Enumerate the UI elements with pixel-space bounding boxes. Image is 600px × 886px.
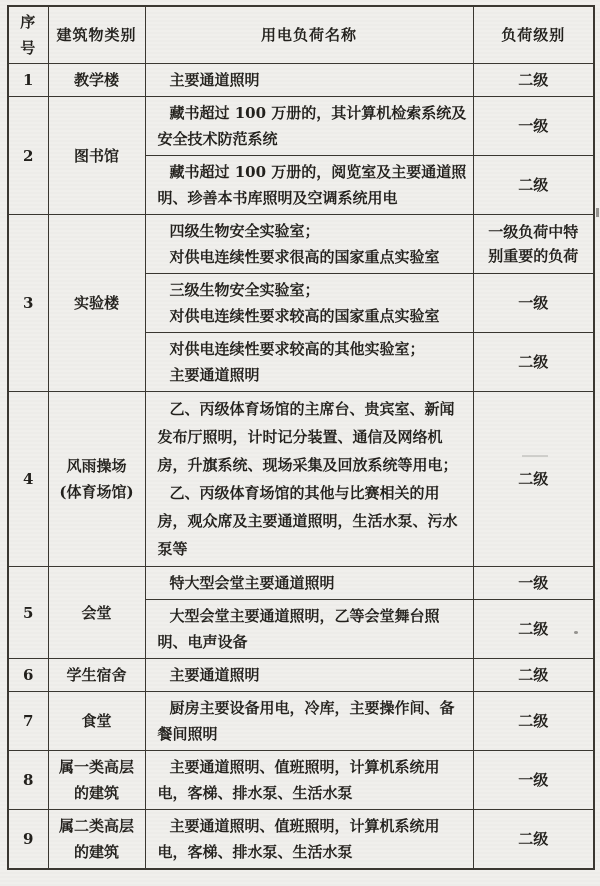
load-name-paragraph: 主要通道照明、值班照明，计算机系统用电，客梯、排水泵、生活水泵	[158, 813, 467, 865]
column-header-load-name: 用电负荷名称	[145, 6, 473, 64]
load-name-cell: 厨房主要设备用电，冷库，主要操作间、备餐间照明	[145, 692, 473, 751]
load-name-paragraph: 主要通道照明、值班照明，计算机系统用电，客梯、排水泵、生活水泵	[158, 754, 467, 806]
load-level-cell: 二级	[473, 600, 594, 659]
column-header-building-category: 建筑物类别	[48, 6, 145, 64]
load-name-cell: 藏书超过 100 万册的，阅览室及主要通道照明、珍善本书库照明及空调系统用电	[145, 156, 473, 215]
table-body: 1教学楼主要通道照明二级2图书馆藏书超过 100 万册的，其计算机检索系统及安全…	[8, 64, 594, 870]
serial-number-cell: 7	[8, 692, 48, 751]
load-name-paragraph: 对供电连续性要求较高的国家重点实验室	[158, 303, 467, 329]
load-name-paragraph: 三级生物安全实验室；	[158, 277, 467, 303]
serial-number-cell: 4	[8, 392, 48, 567]
column-header-load-level: 负荷级别	[473, 6, 594, 64]
load-level-cell: 一级	[473, 751, 594, 810]
load-name-paragraph: 主要通道照明	[158, 362, 467, 388]
load-name-cell: 乙、丙级体育场馆的主席台、贵宾室、新闻发布厅照明，计时记分装置、通信及网络机房，…	[145, 392, 473, 567]
load-level-cell: 二级	[473, 659, 594, 692]
load-level-cell: 二级	[473, 692, 594, 751]
load-name-cell: 主要通道照明、值班照明，计算机系统用电，客梯、排水泵、生活水泵	[145, 751, 473, 810]
table-row: 6学生宿舍主要通道照明二级	[8, 659, 594, 692]
load-name-paragraph: 乙、丙级体育场馆的主席台、贵宾室、新闻发布厅照明，计时记分装置、通信及网络机房，…	[158, 395, 467, 479]
load-name-cell: 四级生物安全实验室；对供电连续性要求很高的国家重点实验室	[145, 215, 473, 274]
table-header-row: 序号 建筑物类别 用电负荷名称 负荷级别	[8, 6, 594, 64]
building-category-cell: 实验楼	[48, 215, 145, 392]
building-category-cell: 教学楼	[48, 64, 145, 97]
load-level-cell: 二级	[473, 810, 594, 870]
serial-number-cell: 2	[8, 97, 48, 215]
serial-number-cell: 6	[8, 659, 48, 692]
load-name-paragraph: 主要通道照明	[158, 67, 467, 93]
serial-number-cell: 5	[8, 567, 48, 659]
building-category-cell: 属二类高层的建筑	[48, 810, 145, 870]
load-name-paragraph: 藏书超过 100 万册的，阅览室及主要通道照明、珍善本书库照明及空调系统用电	[158, 159, 467, 211]
electrical-load-classification-table: 序号 建筑物类别 用电负荷名称 负荷级别 1教学楼主要通道照明二级2图书馆藏书超…	[7, 5, 595, 870]
building-category-cell: 学生宿舍	[48, 659, 145, 692]
scanned-document-page: 序号 建筑物类别 用电负荷名称 负荷级别 1教学楼主要通道照明二级2图书馆藏书超…	[0, 0, 600, 875]
serial-number-cell: 3	[8, 215, 48, 392]
load-level-cell: 二级	[473, 333, 594, 392]
load-name-paragraph: 主要通道照明	[158, 662, 467, 688]
load-level-cell: 一级	[473, 97, 594, 156]
load-name-paragraph: 大型会堂主要通道照明，乙等会堂舞台照明、电声设备	[158, 603, 467, 655]
scan-artifact	[596, 208, 599, 217]
table-row: 4风雨操场(体育场馆)乙、丙级体育场馆的主席台、贵宾室、新闻发布厅照明，计时记分…	[8, 392, 594, 567]
serial-number-cell: 1	[8, 64, 48, 97]
load-name-cell: 主要通道照明	[145, 659, 473, 692]
table-row: 8属一类高层的建筑主要通道照明、值班照明，计算机系统用电，客梯、排水泵、生活水泵…	[8, 751, 594, 810]
building-category-cell: 食堂	[48, 692, 145, 751]
load-name-cell: 三级生物安全实验室；对供电连续性要求较高的国家重点实验室	[145, 274, 473, 333]
load-name-cell: 主要通道照明、值班照明，计算机系统用电，客梯、排水泵、生活水泵	[145, 810, 473, 870]
load-name-paragraph: 乙、丙级体育场馆的其他与比赛相关的用房，观众席及主要通道照明，生活水泵、污水泵等	[158, 479, 467, 563]
table-row: 1教学楼主要通道照明二级	[8, 64, 594, 97]
table-row: 2图书馆藏书超过 100 万册的，其计算机检索系统及安全技术防范系统一级	[8, 97, 594, 156]
load-name-cell: 对供电连续性要求较高的其他实验室；主要通道照明	[145, 333, 473, 392]
load-level-cell: 一级负荷中特别重要的负荷	[473, 215, 594, 274]
load-name-paragraph: 四级生物安全实验室；	[158, 218, 467, 244]
serial-number-cell: 8	[8, 751, 48, 810]
table-row: 5会堂特大型会堂主要通道照明一级	[8, 567, 594, 600]
load-name-paragraph: 藏书超过 100 万册的，其计算机检索系统及安全技术防范系统	[158, 100, 467, 152]
load-level-cell: 一级	[473, 567, 594, 600]
building-category-cell: 图书馆	[48, 97, 145, 215]
table-row: 7食堂厨房主要设备用电，冷库，主要操作间、备餐间照明二级	[8, 692, 594, 751]
building-category-cell: 属一类高层的建筑	[48, 751, 145, 810]
column-header-serial: 序号	[8, 6, 48, 64]
load-level-cell: 一级	[473, 274, 594, 333]
load-name-cell: 大型会堂主要通道照明，乙等会堂舞台照明、电声设备	[145, 600, 473, 659]
load-name-cell: 藏书超过 100 万册的，其计算机检索系统及安全技术防范系统	[145, 97, 473, 156]
building-category-cell: 风雨操场(体育场馆)	[48, 392, 145, 567]
load-name-paragraph: 对供电连续性要求很高的国家重点实验室	[158, 244, 467, 270]
load-name-cell: 主要通道照明	[145, 64, 473, 97]
load-level-cell: 二级	[473, 392, 594, 567]
building-category-cell: 会堂	[48, 567, 145, 659]
table-row: 9属二类高层的建筑主要通道照明、值班照明，计算机系统用电，客梯、排水泵、生活水泵…	[8, 810, 594, 870]
load-name-paragraph: 对供电连续性要求较高的其他实验室；	[158, 336, 467, 362]
load-name-paragraph: 特大型会堂主要通道照明	[158, 570, 467, 596]
load-level-cell: 二级	[473, 64, 594, 97]
load-name-paragraph: 厨房主要设备用电，冷库，主要操作间、备餐间照明	[158, 695, 467, 747]
load-level-cell: 二级	[473, 156, 594, 215]
table-row: 3实验楼四级生物安全实验室；对供电连续性要求很高的国家重点实验室一级负荷中特别重…	[8, 215, 594, 274]
load-name-cell: 特大型会堂主要通道照明	[145, 567, 473, 600]
serial-number-cell: 9	[8, 810, 48, 870]
